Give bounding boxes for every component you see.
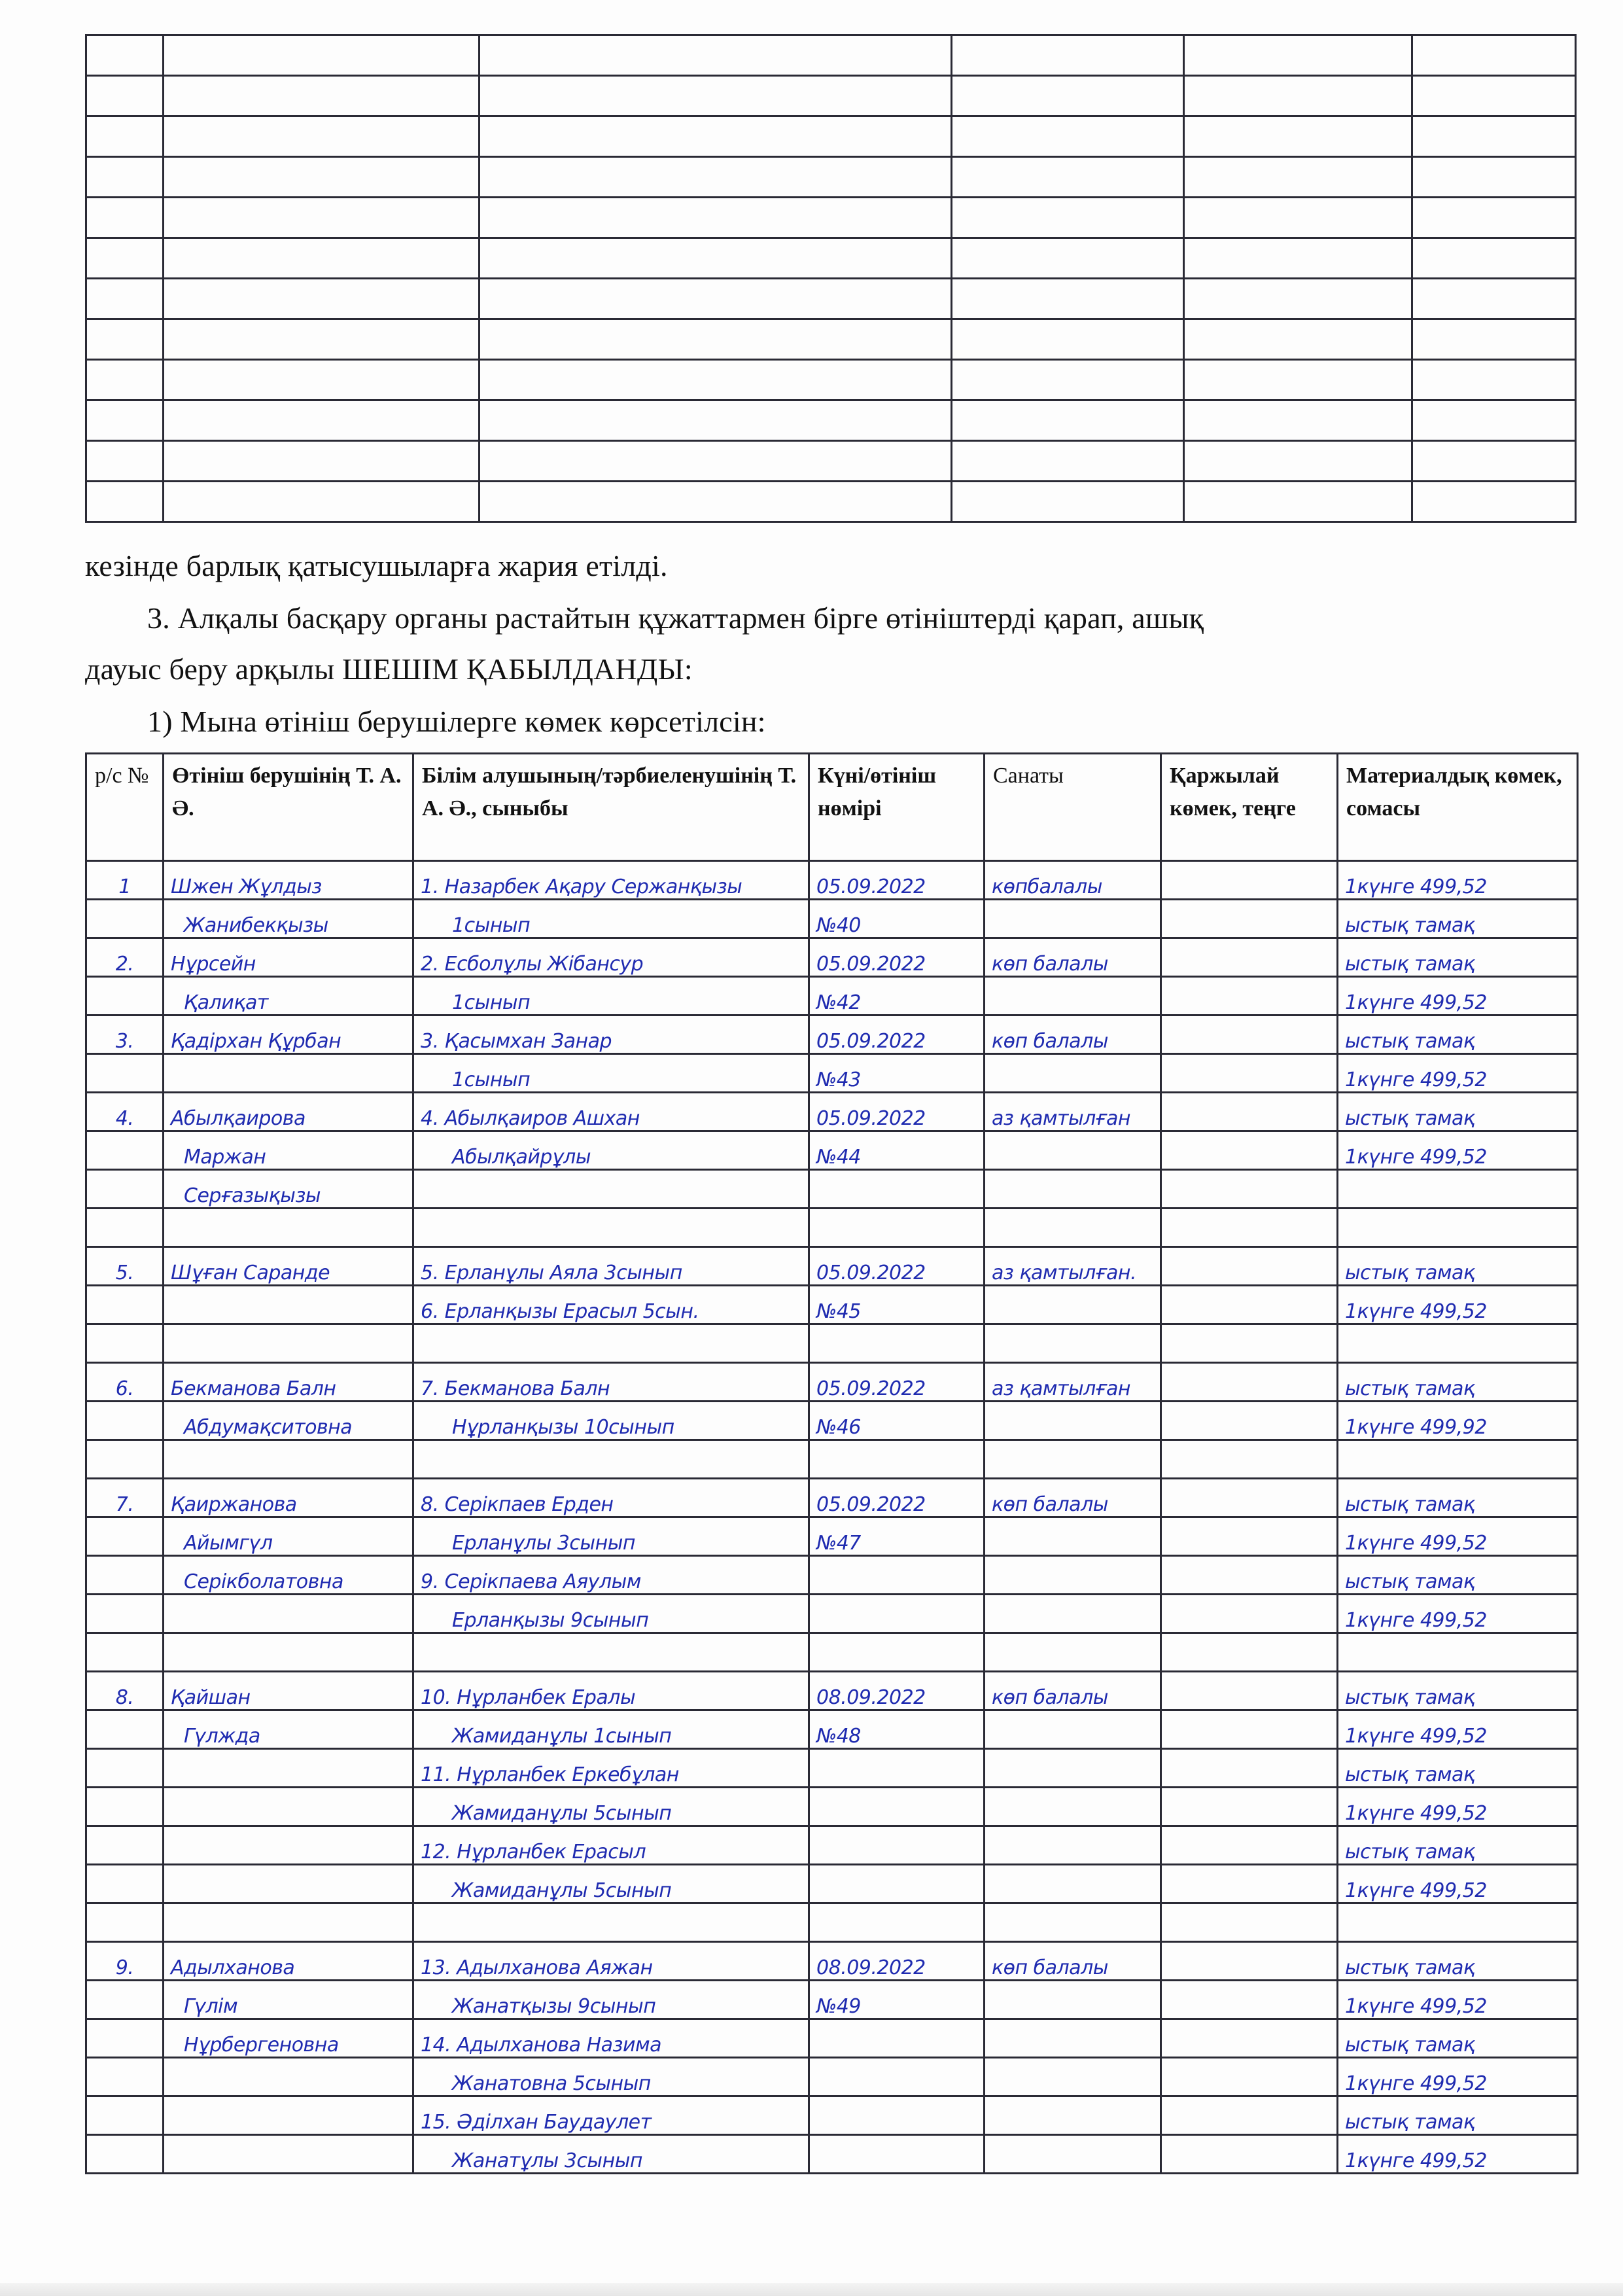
cell-material: ыстық тамақ xyxy=(1338,2096,1578,2135)
cell-financial xyxy=(1161,1170,1338,1209)
empty-cell xyxy=(480,319,952,360)
empty-row xyxy=(86,35,1576,76)
empty-cell xyxy=(480,198,952,238)
empty-row xyxy=(86,116,1576,157)
table-row: 6.Бекманова Балн7. Бекманова Балн05.09.2… xyxy=(86,1363,1578,1402)
cell-financial xyxy=(1161,1710,1338,1749)
table-row: Қалиқат1сынып№421күнге 499,52 xyxy=(86,977,1578,1016)
empty-cell xyxy=(480,279,952,319)
cell-student: 9. Серікпаева Аяулым xyxy=(413,1556,809,1595)
cell-material: ыстық тамақ xyxy=(1338,938,1578,977)
paragraph-decision-intro: 3. Алқалы басқару органы растайтын құжат… xyxy=(147,603,1204,633)
cell-category xyxy=(985,1633,1161,1672)
cell-student: Жанатұлы 3сынып xyxy=(413,2135,809,2174)
cell-category: аз қамтылған xyxy=(985,1363,1161,1402)
cell-student: 4. Абылқаиров Ашхан xyxy=(413,1093,809,1131)
cell-material: ыстық тамақ xyxy=(1338,2019,1578,2058)
cell-student: Нұрланқызы 10сынып xyxy=(413,1402,809,1440)
cell-student xyxy=(413,1324,809,1363)
cell-financial xyxy=(1161,1633,1338,1672)
cell-applicant: Адылханова xyxy=(164,1942,413,1981)
cell-date-number: №45 xyxy=(809,1286,985,1324)
empty-cell xyxy=(480,482,952,522)
cell-applicant: Нұрбергеновна xyxy=(164,2019,413,2058)
cell-material xyxy=(1338,1170,1578,1209)
cell-financial xyxy=(1161,977,1338,1016)
cell-num: 8. xyxy=(86,1672,164,1710)
cell-student: Жанатқызы 9сынып xyxy=(413,1981,809,2019)
cell-material: 1күнге 499,52 xyxy=(1338,1286,1578,1324)
cell-num xyxy=(86,1903,164,1942)
cell-student: Ерланұлы 3сынып xyxy=(413,1517,809,1556)
cell-financial xyxy=(1161,1440,1338,1479)
table-row: МаржанАбылқайрұлы№441күнге 499,52 xyxy=(86,1131,1578,1170)
cell-date-number xyxy=(809,1826,985,1865)
cell-applicant xyxy=(164,1595,413,1633)
cell-num xyxy=(86,1633,164,1672)
table-row: АйымгүлЕрланұлы 3сынып№471күнге 499,52 xyxy=(86,1517,1578,1556)
cell-num xyxy=(86,1286,164,1324)
cell-student: 3. Қасымхан Занар xyxy=(413,1016,809,1054)
cell-financial xyxy=(1161,2096,1338,2135)
empty-cell xyxy=(86,482,164,522)
table-row: 9.Адылханова13. Адылханова Аяжан08.09.20… xyxy=(86,1942,1578,1981)
cell-applicant: Шжен Жұлдыз xyxy=(164,861,413,900)
empty-cell xyxy=(1183,238,1412,279)
cell-date-number xyxy=(809,1556,985,1595)
cell-date-number xyxy=(809,2019,985,2058)
cell-student: Абылқайрұлы xyxy=(413,1131,809,1170)
empty-cell xyxy=(163,116,479,157)
cell-applicant: Гүлім xyxy=(164,1981,413,2019)
cell-category: көп балалы xyxy=(985,1479,1161,1517)
cell-category xyxy=(985,1054,1161,1093)
cell-material: 1күнге 499,52 xyxy=(1338,1517,1578,1556)
cell-applicant xyxy=(164,1826,413,1865)
cell-student: Жамиданұлы 5сынып xyxy=(413,1788,809,1826)
cell-category xyxy=(985,2019,1161,2058)
cell-financial xyxy=(1161,1903,1338,1942)
empty-cell xyxy=(952,116,1184,157)
cell-material: ыстық тамақ xyxy=(1338,1247,1578,1286)
page-edge xyxy=(0,2283,1623,2296)
cell-applicant xyxy=(164,1054,413,1093)
cell-financial xyxy=(1161,1324,1338,1363)
cell-applicant: Бекманова Балн xyxy=(164,1363,413,1402)
empty-cell xyxy=(1183,198,1412,238)
header-student: Білім алушының/тәрбиеленушінің Т. А. Ә.,… xyxy=(413,754,809,861)
empty-cell xyxy=(163,319,479,360)
cell-applicant: Маржан xyxy=(164,1131,413,1170)
cell-num xyxy=(86,2058,164,2096)
cell-material: ыстық тамақ xyxy=(1338,900,1578,938)
cell-date-number: 08.09.2022 xyxy=(809,1942,985,1981)
header-financial: Қаржылай көмек, теңге xyxy=(1161,754,1338,861)
cell-date-number xyxy=(809,1440,985,1479)
cell-material: 1күнге 499,52 xyxy=(1338,1131,1578,1170)
table-row: Ерланқызы 9сынып1күнге 499,52 xyxy=(86,1595,1578,1633)
empty-row xyxy=(86,198,1576,238)
cell-date-number: №40 xyxy=(809,900,985,938)
empty-cell xyxy=(1412,238,1576,279)
empty-row xyxy=(86,279,1576,319)
cell-financial xyxy=(1161,1131,1338,1170)
header-applicant: Өтініш берушінің Т. А. Ә. xyxy=(164,754,413,861)
cell-financial xyxy=(1161,1942,1338,1981)
cell-financial xyxy=(1161,2058,1338,2096)
empty-row xyxy=(86,238,1576,279)
cell-student: Жамиданұлы 1сынып xyxy=(413,1710,809,1749)
assistance-table: р/с № Өтініш берушінің Т. А. Ә. Білім ал… xyxy=(85,752,1579,2174)
cell-student xyxy=(413,1170,809,1209)
empty-cell xyxy=(1412,319,1576,360)
table-row: 1Шжен Жұлдыз1. Назарбек Ақару Сержанқызы… xyxy=(86,861,1578,900)
cell-date-number xyxy=(809,1865,985,1903)
cell-material xyxy=(1338,1633,1578,1672)
cell-material: 1күнге 499,52 xyxy=(1338,1710,1578,1749)
empty-row xyxy=(86,360,1576,400)
cell-student: 13. Адылханова Аяжан xyxy=(413,1942,809,1981)
cell-num xyxy=(86,1517,164,1556)
empty-cell xyxy=(480,35,952,76)
empty-cell xyxy=(1183,35,1412,76)
empty-cell xyxy=(163,482,479,522)
empty-row xyxy=(86,482,1576,522)
cell-student xyxy=(413,1633,809,1672)
cell-material: ыстық тамақ xyxy=(1338,1016,1578,1054)
empty-top-table xyxy=(85,34,1577,523)
table-row: 7.Қаиржанова8. Серікпаев Ерден05.09.2022… xyxy=(86,1479,1578,1517)
cell-category xyxy=(985,1788,1161,1826)
empty-cell xyxy=(952,238,1184,279)
cell-financial xyxy=(1161,2019,1338,2058)
cell-date-number: 05.09.2022 xyxy=(809,861,985,900)
cell-student xyxy=(413,1903,809,1942)
cell-category xyxy=(985,2096,1161,2135)
cell-category: көп балалы xyxy=(985,1016,1161,1054)
table-row: 1сынып№431күнге 499,52 xyxy=(86,1054,1578,1093)
cell-category xyxy=(985,1981,1161,2019)
empty-cell xyxy=(1412,116,1576,157)
cell-financial xyxy=(1161,1981,1338,2019)
cell-financial xyxy=(1161,1479,1338,1517)
cell-category: аз қамтылған. xyxy=(985,1247,1161,1286)
table-row xyxy=(86,1903,1578,1942)
header-num: р/с № xyxy=(86,754,164,861)
cell-applicant: Жанибекқызы xyxy=(164,900,413,938)
cell-date-number xyxy=(809,1170,985,1209)
cell-applicant xyxy=(164,1903,413,1942)
empty-cell xyxy=(163,157,479,198)
cell-date-number: №43 xyxy=(809,1054,985,1093)
empty-cell xyxy=(1183,279,1412,319)
empty-cell xyxy=(86,198,164,238)
table-row: Нұрбергеновна14. Адылханова Назимаыстық … xyxy=(86,2019,1578,2058)
cell-applicant: Шұған Саранде xyxy=(164,1247,413,1286)
empty-cell xyxy=(952,482,1184,522)
empty-cell xyxy=(952,360,1184,400)
table-row: 4.Абылқаирова4. Абылқаиров Ашхан05.09.20… xyxy=(86,1093,1578,1131)
cell-date-number: №44 xyxy=(809,1131,985,1170)
cell-financial xyxy=(1161,938,1338,977)
cell-material: ыстық тамақ xyxy=(1338,1363,1578,1402)
empty-cell xyxy=(1183,319,1412,360)
cell-financial xyxy=(1161,1402,1338,1440)
empty-cell xyxy=(1183,400,1412,441)
cell-applicant xyxy=(164,1209,413,1247)
cell-material: 1күнге 499,52 xyxy=(1338,977,1578,1016)
cell-applicant xyxy=(164,1440,413,1479)
cell-date-number: №48 xyxy=(809,1710,985,1749)
header-date-number: Күні/өтініш нөмірі xyxy=(809,754,985,861)
cell-student: 11. Нұрланбек Еркебұлан xyxy=(413,1749,809,1788)
table-row: Жанатұлы 3сынып1күнге 499,52 xyxy=(86,2135,1578,2174)
cell-date-number xyxy=(809,1324,985,1363)
cell-material: 1күнге 499,52 xyxy=(1338,2058,1578,2096)
empty-cell xyxy=(86,441,164,482)
empty-cell xyxy=(86,279,164,319)
empty-cell xyxy=(1183,157,1412,198)
cell-applicant xyxy=(164,1633,413,1672)
cell-financial xyxy=(1161,2135,1338,2174)
table-row: АбдумақситовнаНұрланқызы 10сынып№461күнг… xyxy=(86,1402,1578,1440)
empty-cell xyxy=(86,319,164,360)
empty-cell xyxy=(86,360,164,400)
table-row: 15. Әділхан Баудаулетыстық тамақ xyxy=(86,2096,1578,2135)
empty-cell xyxy=(163,238,479,279)
cell-applicant: Қадірхан Құрбан xyxy=(164,1016,413,1054)
empty-cell xyxy=(1412,157,1576,198)
cell-student: 10. Нұрланбек Ералы xyxy=(413,1672,809,1710)
cell-num xyxy=(86,1865,164,1903)
cell-category: көпбалалы xyxy=(985,861,1161,900)
empty-cell xyxy=(952,76,1184,116)
cell-student: 2. Есболұлы Жібансур xyxy=(413,938,809,977)
cell-applicant: Қайшан xyxy=(164,1672,413,1710)
cell-material: 1күнге 499,52 xyxy=(1338,861,1578,900)
cell-category: көп балалы xyxy=(985,1942,1161,1981)
empty-cell xyxy=(1412,441,1576,482)
cell-financial xyxy=(1161,1595,1338,1633)
empty-cell xyxy=(86,157,164,198)
cell-date-number: 05.09.2022 xyxy=(809,1363,985,1402)
cell-student: 14. Адылханова Назима xyxy=(413,2019,809,2058)
cell-student xyxy=(413,1440,809,1479)
cell-student: Жанатовна 5сынып xyxy=(413,2058,809,2096)
table-row: 2.Нұрсейн2. Есболұлы Жібансур05.09.2022к… xyxy=(86,938,1578,977)
cell-applicant: Серғазықызы xyxy=(164,1170,413,1209)
empty-cell xyxy=(163,35,479,76)
cell-date-number: №49 xyxy=(809,1981,985,2019)
empty-row xyxy=(86,441,1576,482)
cell-date-number xyxy=(809,1749,985,1788)
empty-row xyxy=(86,157,1576,198)
empty-cell xyxy=(1412,400,1576,441)
empty-cell xyxy=(163,279,479,319)
empty-cell xyxy=(1183,482,1412,522)
cell-category: көп балалы xyxy=(985,1672,1161,1710)
cell-material xyxy=(1338,1324,1578,1363)
cell-num: 4. xyxy=(86,1093,164,1131)
cell-material: 1күнге 499,92 xyxy=(1338,1402,1578,1440)
cell-num: 2. xyxy=(86,938,164,977)
table-row xyxy=(86,1440,1578,1479)
cell-financial xyxy=(1161,1865,1338,1903)
cell-student: 1сынып xyxy=(413,900,809,938)
empty-cell xyxy=(86,238,164,279)
empty-cell xyxy=(1412,198,1576,238)
cell-date-number xyxy=(809,1595,985,1633)
table-row: 8.Қайшан10. Нұрланбек Ералы08.09.2022көп… xyxy=(86,1672,1578,1710)
empty-cell xyxy=(1412,482,1576,522)
empty-row xyxy=(86,319,1576,360)
empty-cell xyxy=(1412,35,1576,76)
empty-cell xyxy=(480,76,952,116)
cell-num: 5. xyxy=(86,1247,164,1286)
cell-date-number: 05.09.2022 xyxy=(809,1016,985,1054)
empty-cell xyxy=(480,360,952,400)
cell-applicant: Абылқаирова xyxy=(164,1093,413,1131)
empty-cell xyxy=(1412,279,1576,319)
cell-applicant: Гүлжда xyxy=(164,1710,413,1749)
cell-material: 1күнге 499,52 xyxy=(1338,1054,1578,1093)
cell-financial xyxy=(1161,1016,1338,1054)
table-row: Серғазықызы xyxy=(86,1170,1578,1209)
cell-category xyxy=(985,1517,1161,1556)
cell-num: 3. xyxy=(86,1016,164,1054)
empty-row xyxy=(86,400,1576,441)
cell-student xyxy=(413,1209,809,1247)
cell-category xyxy=(985,1749,1161,1788)
cell-num: 7. xyxy=(86,1479,164,1517)
cell-num xyxy=(86,900,164,938)
cell-student: 1сынып xyxy=(413,1054,809,1093)
cell-financial xyxy=(1161,1556,1338,1595)
table-row: ГүлждаЖамиданұлы 1сынып№481күнге 499,52 xyxy=(86,1710,1578,1749)
cell-material: ыстық тамақ xyxy=(1338,1093,1578,1131)
table-row xyxy=(86,1324,1578,1363)
cell-material: 1күнге 499,52 xyxy=(1338,1865,1578,1903)
cell-num xyxy=(86,977,164,1016)
empty-cell xyxy=(1183,116,1412,157)
empty-cell xyxy=(163,441,479,482)
cell-category xyxy=(985,2058,1161,2096)
table-row xyxy=(86,1633,1578,1672)
cell-applicant xyxy=(164,1749,413,1788)
paragraph-assistance-list: 1) Мына өтініш берушілерге көмек көрсеті… xyxy=(147,707,766,737)
table-row: 6. Ерланқызы Ерасыл 5сын.№451күнге 499,5… xyxy=(86,1286,1578,1324)
cell-applicant xyxy=(164,1286,413,1324)
cell-material: ыстық тамақ xyxy=(1338,1556,1578,1595)
cell-student: Жамиданұлы 5сынып xyxy=(413,1865,809,1903)
empty-cell xyxy=(86,400,164,441)
cell-financial xyxy=(1161,861,1338,900)
cell-date-number: 05.09.2022 xyxy=(809,1247,985,1286)
cell-student: 12. Нұрланбек Ерасыл xyxy=(413,1826,809,1865)
paragraph-decision-adopted: дауыс беру арқылы ШЕШІМ ҚАБЫЛДАНДЫ: xyxy=(85,654,693,684)
table-row: ГүлімЖанатқызы 9сынып№491күнге 499,52 xyxy=(86,1981,1578,2019)
table-row: 3.Қадірхан Құрбан3. Қасымхан Занар05.09.… xyxy=(86,1016,1578,1054)
cell-financial xyxy=(1161,1749,1338,1788)
header-category: Санаты xyxy=(985,754,1161,861)
cell-material xyxy=(1338,1903,1578,1942)
cell-date-number xyxy=(809,1209,985,1247)
cell-num xyxy=(86,1788,164,1826)
cell-category xyxy=(985,1170,1161,1209)
cell-num xyxy=(86,1749,164,1788)
cell-num xyxy=(86,1170,164,1209)
empty-cell xyxy=(86,76,164,116)
cell-num xyxy=(86,1324,164,1363)
cell-applicant: Айымгүл xyxy=(164,1517,413,1556)
cell-applicant: Серікболатовна xyxy=(164,1556,413,1595)
empty-cell xyxy=(1183,360,1412,400)
empty-cell xyxy=(952,198,1184,238)
cell-student: 1сынып xyxy=(413,977,809,1016)
empty-cell xyxy=(1412,76,1576,116)
empty-cell xyxy=(952,319,1184,360)
empty-cell xyxy=(163,198,479,238)
empty-row xyxy=(86,76,1576,116)
cell-category xyxy=(985,1595,1161,1633)
empty-cell xyxy=(480,157,952,198)
cell-num: 1 xyxy=(86,861,164,900)
cell-student: 8. Серікпаев Ерден xyxy=(413,1479,809,1517)
cell-applicant: Қалиқат xyxy=(164,977,413,1016)
cell-applicant xyxy=(164,1865,413,1903)
empty-cell xyxy=(163,360,479,400)
cell-num: 9. xyxy=(86,1942,164,1981)
cell-num xyxy=(86,1595,164,1633)
empty-cell xyxy=(952,35,1184,76)
cell-date-number: №47 xyxy=(809,1517,985,1556)
cell-category xyxy=(985,1209,1161,1247)
cell-applicant xyxy=(164,1324,413,1363)
cell-category xyxy=(985,1402,1161,1440)
cell-material: 1күнге 499,52 xyxy=(1338,1981,1578,2019)
cell-applicant xyxy=(164,1788,413,1826)
empty-cell xyxy=(1412,360,1576,400)
cell-category xyxy=(985,1131,1161,1170)
table-row: Жамиданұлы 5сынып1күнге 499,52 xyxy=(86,1865,1578,1903)
cell-num xyxy=(86,1131,164,1170)
cell-material: 1күнге 499,52 xyxy=(1338,1788,1578,1826)
table-row: 12. Нұрланбек Ерасылыстық тамақ xyxy=(86,1826,1578,1865)
cell-financial xyxy=(1161,1672,1338,1710)
empty-cell xyxy=(163,400,479,441)
empty-cell xyxy=(86,116,164,157)
cell-financial xyxy=(1161,900,1338,938)
empty-cell xyxy=(480,238,952,279)
cell-financial xyxy=(1161,1363,1338,1402)
cell-date-number xyxy=(809,1788,985,1826)
cell-date-number: 05.09.2022 xyxy=(809,1093,985,1131)
cell-material: ыстық тамақ xyxy=(1338,1672,1578,1710)
table-row: Серікболатовна9. Серікпаева Аяулымыстық … xyxy=(86,1556,1578,1595)
cell-financial xyxy=(1161,1286,1338,1324)
cell-date-number: 08.09.2022 xyxy=(809,1672,985,1710)
cell-student: Ерланқызы 9сынып xyxy=(413,1595,809,1633)
cell-date-number: №46 xyxy=(809,1402,985,1440)
table-row: 5.Шұған Саранде5. Ерланұлы Аяла 3сынып05… xyxy=(86,1247,1578,1286)
cell-applicant xyxy=(164,2096,413,2135)
cell-category: аз қамтылған xyxy=(985,1093,1161,1131)
cell-num xyxy=(86,1826,164,1865)
cell-category xyxy=(985,977,1161,1016)
table-row: Жанибекқызы1сынып№40ыстық тамақ xyxy=(86,900,1578,938)
cell-applicant xyxy=(164,2135,413,2174)
cell-category xyxy=(985,1903,1161,1942)
